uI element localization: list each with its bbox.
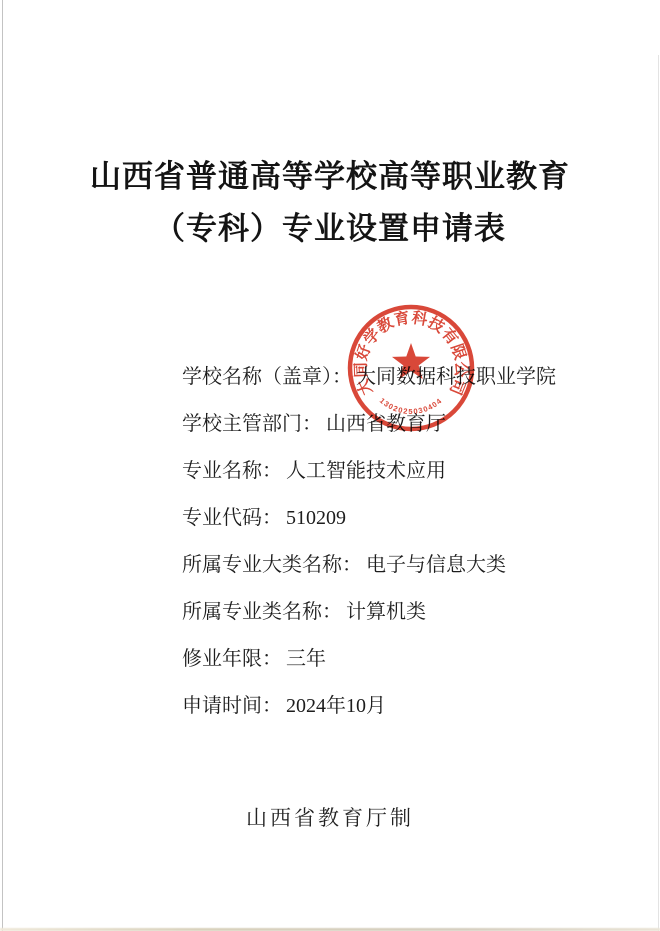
document-title-line2: （专科）专业设置申请表 — [0, 203, 660, 255]
field-value: 山西省教育厅 — [326, 413, 446, 435]
field-row-major-name: 专业名称：人工智能技术应用 — [182, 448, 556, 495]
field-label: 修业年限 — [182, 648, 262, 670]
field-value: 计算机类 — [346, 601, 426, 623]
field-value: 大同数据科技职业学院 — [356, 366, 556, 388]
issuing-authority: 山西省教育厅制 — [0, 802, 660, 832]
field-colon: ： — [342, 554, 362, 576]
field-row-major-category: 所属专业大类名称：电子与信息大类 — [182, 542, 556, 589]
field-label: 学校名称（盖章） — [182, 366, 332, 388]
field-label: 专业代码 — [182, 507, 262, 529]
application-fields: 学校名称（盖章）：大同数据科技职业学院 学校主管部门：山西省教育厅 专业名称：人… — [182, 354, 556, 730]
field-row-study-duration: 修业年限：三年 — [182, 636, 556, 683]
field-row-supervising-department: 学校主管部门：山西省教育厅 — [182, 401, 556, 448]
field-colon: ： — [262, 695, 282, 717]
field-label: 申请时间 — [182, 695, 262, 717]
document-title-line1: 山西省普通高等学校高等职业教育 — [0, 151, 660, 203]
field-colon: ： — [262, 507, 282, 529]
field-colon: ： — [262, 460, 282, 482]
field-value: 三年 — [286, 648, 326, 670]
field-row-major-class: 所属专业类名称：计算机类 — [182, 589, 556, 636]
field-colon: ： — [302, 413, 322, 435]
field-row-major-code: 专业代码：510209 — [182, 495, 556, 542]
field-colon: ： — [322, 601, 342, 623]
field-colon: ： — [262, 648, 282, 670]
field-value: 电子与信息大类 — [366, 554, 506, 576]
document-title: 山西省普通高等学校高等职业教育 （专科）专业设置申请表 — [0, 151, 660, 255]
field-value: 510209 — [286, 507, 346, 529]
field-value: 2024年10月 — [286, 695, 386, 717]
scanned-document-page: 山西省普通高等学校高等职业教育 （专科）专业设置申请表 学校名称（盖章）：大同数… — [0, 0, 660, 931]
field-colon: ： — [332, 366, 352, 388]
field-label: 所属专业大类名称 — [182, 554, 342, 576]
field-label: 学校主管部门 — [182, 413, 302, 435]
field-label: 专业名称 — [182, 460, 262, 482]
field-row-application-date: 申请时间：2024年10月 — [182, 683, 556, 730]
scan-edge-left — [2, 0, 3, 931]
field-label: 所属专业类名称 — [182, 601, 322, 623]
field-value: 人工智能技术应用 — [286, 460, 446, 482]
field-row-school-name: 学校名称（盖章）：大同数据科技职业学院 — [182, 354, 556, 401]
